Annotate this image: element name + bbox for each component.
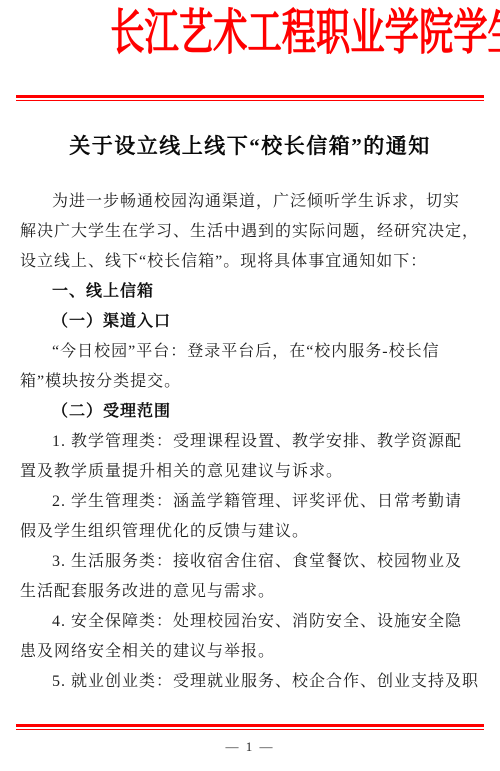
paragraph: 3. 生活服务类：接收宿舍住宿、食堂餐饮、校园物业及 生活配套服务改进的意见与需… [20,547,480,607]
document-page: 长江艺术工程职业学院学生工作部 关于设立线上线下“校长信箱”的通知 为进一步畅通… [0,0,500,771]
page-number: — 1 — [0,739,500,755]
section-heading: （二）受理范围 [20,397,480,427]
paragraph: 2. 学生管理类：涵盖学籍管理、评奖评优、日常考勤请 假及学生组织管理优化的反馈… [20,487,480,547]
document-body: 为进一步畅通校园沟通渠道，广泛倾听学生诉求，切实 解决广大学生在学习、生活中遇到… [20,187,480,697]
footer-double-rule [16,724,484,730]
section-heading: （一）渠道入口 [20,307,480,337]
paragraph: 1. 教学管理类：受理课程设置、教学安排、教学资源配 置及教学质量提升相关的意见… [20,427,480,487]
paragraph: “今日校园”平台：登录平台后，在“校内服务-校长信 箱”模块按分类提交。 [20,337,480,397]
section-heading: 一、线上信箱 [20,277,480,307]
department-title: 长江艺术工程职业学院学生工作部 [110,7,500,60]
document-title: 关于设立线上线下“校长信箱”的通知 [0,132,500,160]
paragraph: 4. 安全保障类：处理校园治安、消防安全、设施安全隐 患及网络安全相关的建议与举… [20,607,480,667]
header-double-rule [16,95,484,101]
masthead: 长江艺术工程职业学院学生工作部 [0,0,500,60]
paragraph: 5. 就业创业类：受理就业服务、校企合作、创业支持及职 [20,667,480,697]
paragraph: 为进一步畅通校园沟通渠道，广泛倾听学生诉求，切实 解决广大学生在学习、生活中遇到… [20,187,480,277]
